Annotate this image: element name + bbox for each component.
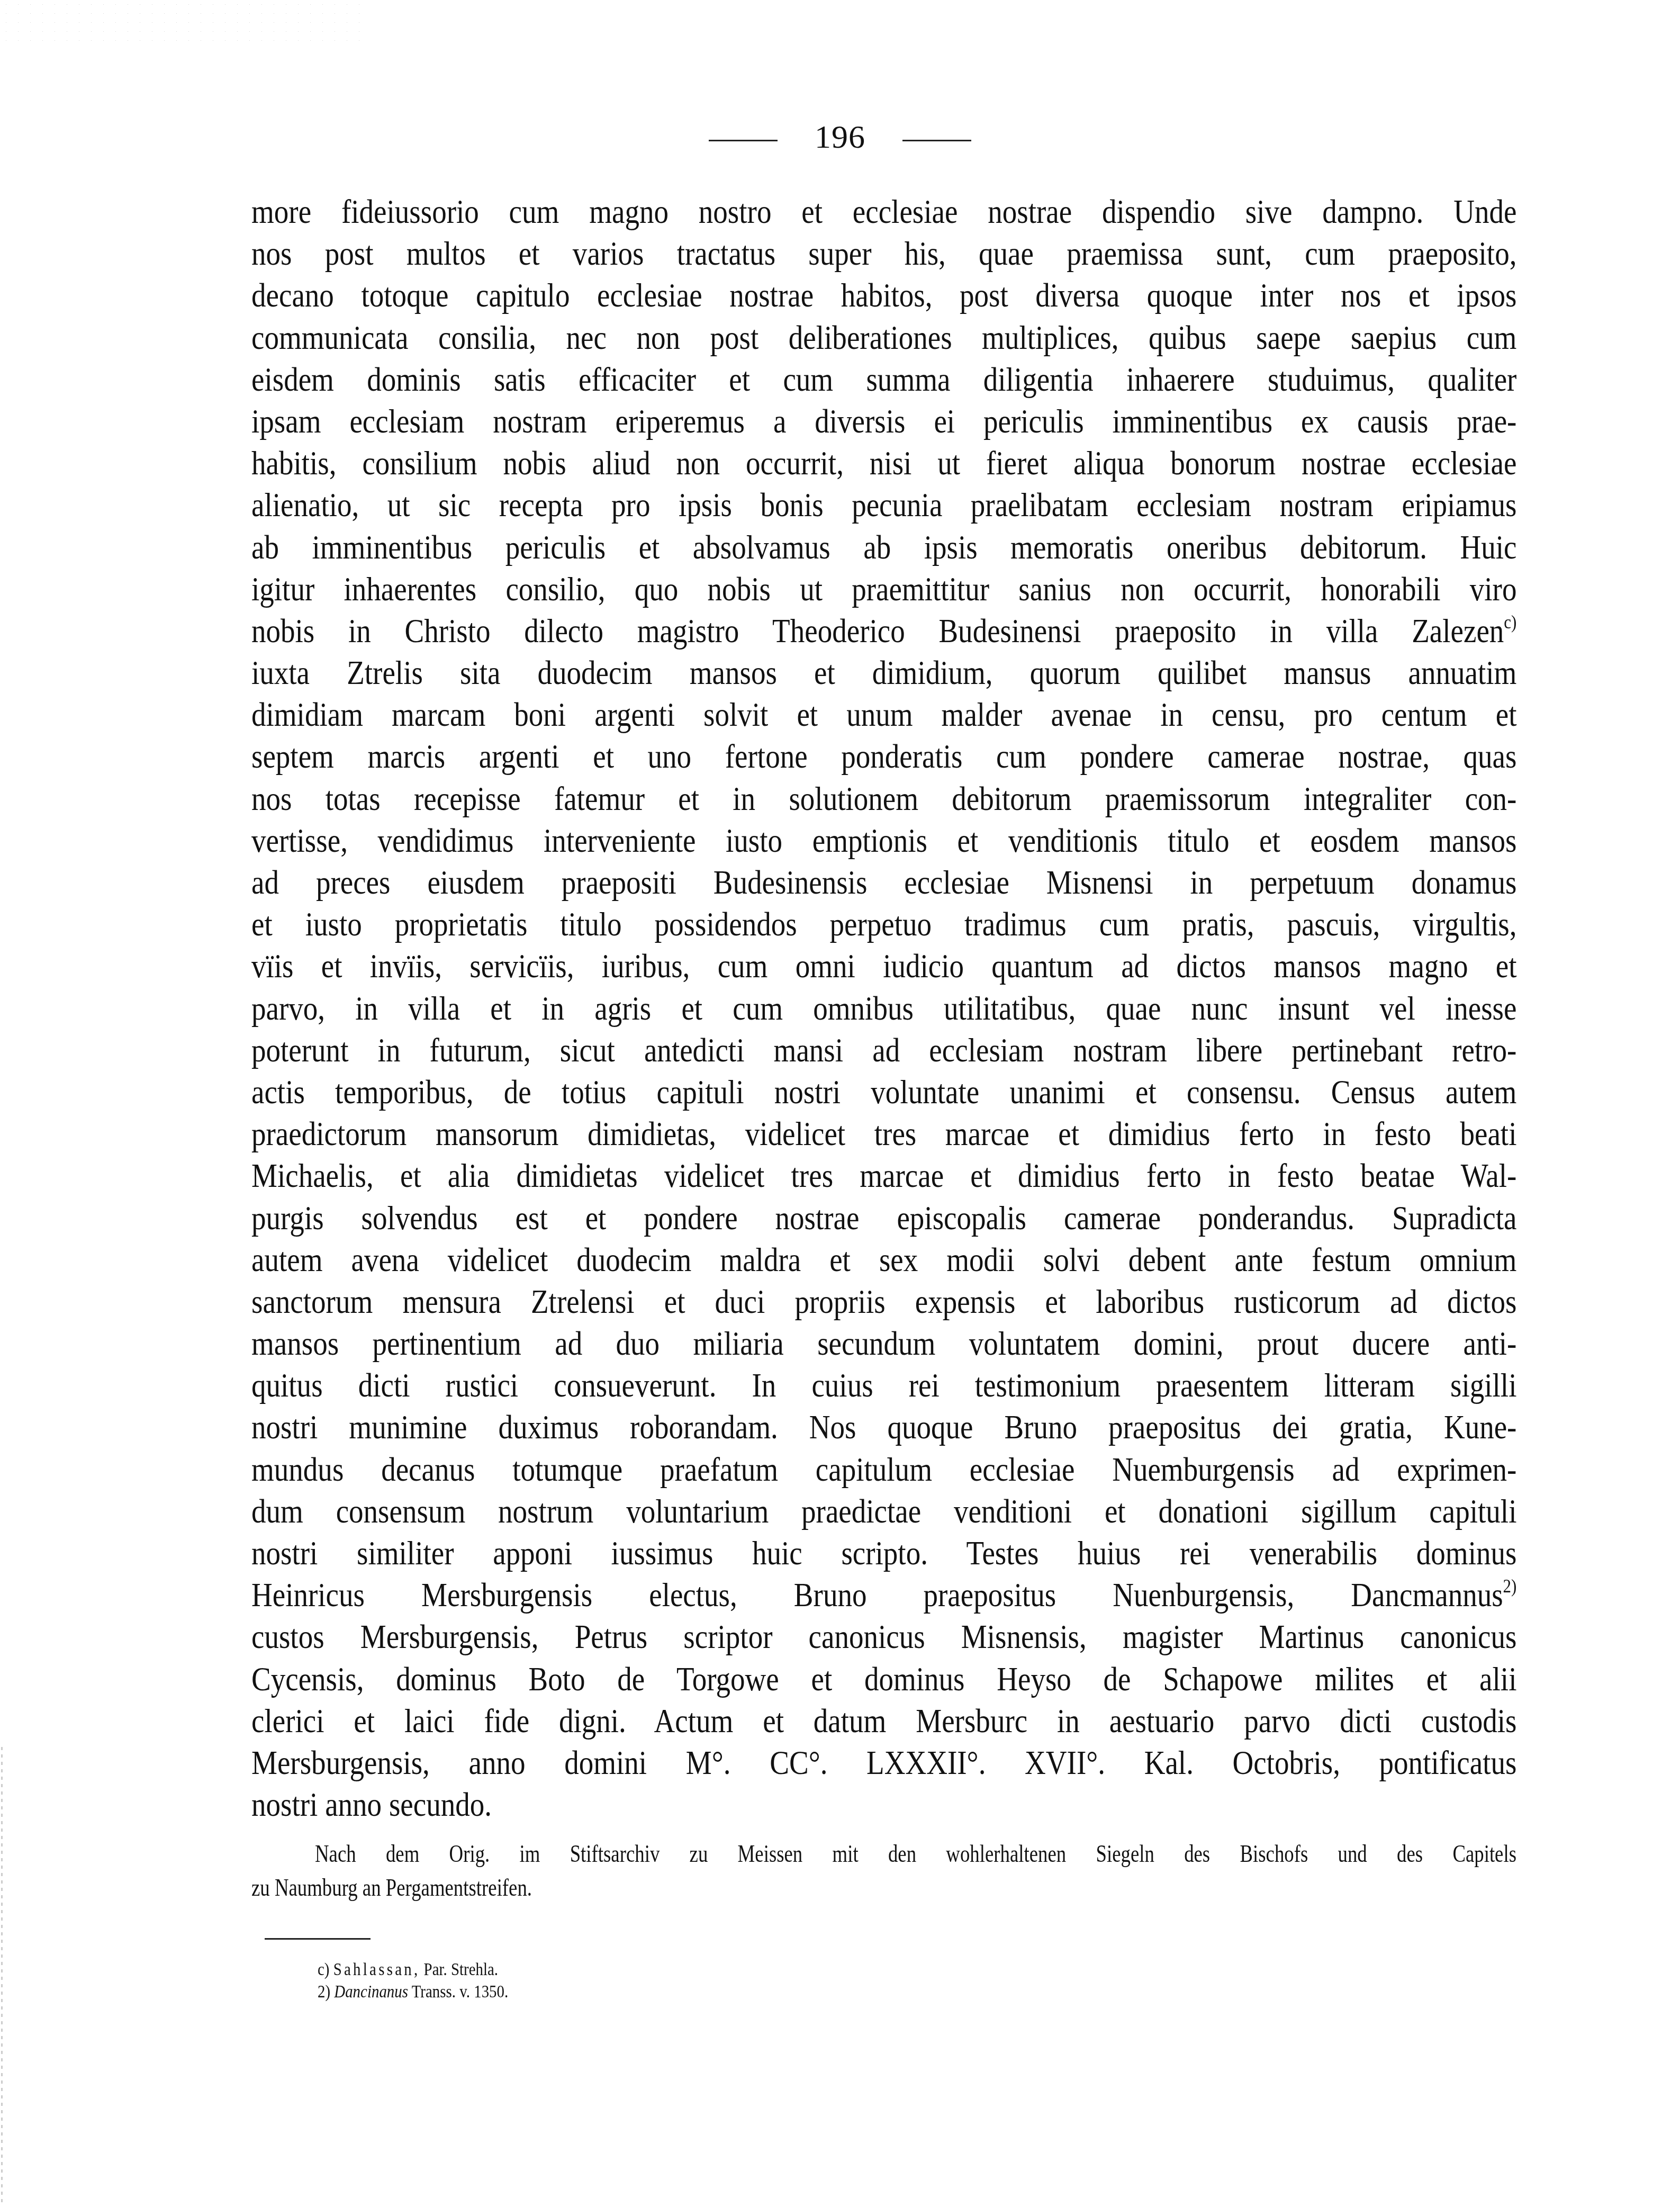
page-number: 196: [815, 121, 865, 154]
text-line: vertisse, vendidimus interveniente iusto…: [251, 819, 1516, 861]
text-line: nostri munimine duximus roborandam. Nos …: [251, 1406, 1516, 1448]
text-line: communicata consilia, nec non post delib…: [251, 317, 1516, 358]
text-line: eisdem dominis satis efficaciter et cum …: [251, 358, 1516, 400]
text-line-with-footnote: nobis in Christo dilecto magistro Theode…: [251, 610, 1516, 652]
text-line: et iusto proprietatis titulo possidendos…: [251, 903, 1516, 945]
text-line: actis temporibus, de totius capituli nos…: [251, 1071, 1516, 1113]
footnote-marker: 2): [318, 1982, 330, 2002]
text-line: alienatio, ut sic recepta pro ipsis boni…: [251, 484, 1516, 526]
text-line: mansos pertinentium ad duo miliaria secu…: [251, 1322, 1516, 1364]
text-line: ad preces eiusdem praepositi Budesinensi…: [251, 861, 1516, 903]
footnote-marker: c): [318, 1960, 329, 1979]
text-line: nos post multos et varios tractatus supe…: [251, 232, 1516, 274]
footnote-separator: [265, 1938, 371, 1940]
scan-edge-artifact: [1, 1747, 3, 2202]
text-line: vïis et invïis, servicïis, iuribus, cum …: [251, 945, 1516, 987]
charter-text: more fideiussorio cum magno nostro et ec…: [251, 191, 1516, 1825]
footnote-2: 2) Dancinanus Transs. v. 1350.: [318, 1981, 508, 2003]
text-line: more fideiussorio cum magno nostro et ec…: [251, 191, 1516, 232]
text-line: habitis, consilium nobis aliud non occur…: [251, 442, 1516, 484]
scan-noise-artifact: [0, 0, 371, 48]
header-rule-left: [709, 140, 778, 141]
text-line: purgis solvendus est et pondere nostrae …: [251, 1197, 1516, 1239]
text-line: decano totoque capitulo ecclesiae nostra…: [251, 274, 1516, 316]
footnote-text: Par. Strehla.: [420, 1960, 498, 1979]
text-line: dum consensum nostrum voluntarium praedi…: [251, 1490, 1516, 1532]
footnote-text: Transs. v. 1350.: [408, 1982, 508, 2002]
text-line: nos totas recepisse fatemur et in soluti…: [251, 778, 1516, 819]
text-line: sanctorum mensura Ztrelensi et duci prop…: [251, 1281, 1516, 1322]
source-note: Nach dem Orig. im Stiftsarchiv zu Meisse…: [251, 1837, 1516, 1905]
text-line: iuxta Ztrelis sita duodecim mansos et di…: [251, 652, 1516, 693]
text-line: septem marcis argenti et uno fertone pon…: [251, 735, 1516, 777]
text-line: poterunt in futurum, sicut antedicti man…: [251, 1029, 1516, 1071]
text-line: igitur inhaerentes consilio, quo nobis u…: [251, 568, 1516, 610]
footnote-ref-2[interactable]: 2): [1503, 1575, 1517, 1597]
text-line: parvo, in villa et in agris et cum omnib…: [251, 987, 1516, 1029]
page-header: 196: [0, 121, 1680, 154]
text-line-content: Heinricus Mersburgensis electus, Bruno p…: [251, 1576, 1503, 1614]
text-line-final: nostri anno secundo.: [251, 1783, 1516, 1825]
text-line: Michaelis, et alia dimidietas videlicet …: [251, 1155, 1516, 1196]
footnote-place-name: Sahlassan,: [333, 1960, 420, 1979]
footnote-variant-reading: Dancinanus: [334, 1982, 408, 2002]
text-line-with-footnote: Heinricus Mersburgensis electus, Bruno p…: [251, 1574, 1516, 1616]
text-line: dimidiam marcam boni argenti solvit et u…: [251, 693, 1516, 735]
footnotes: c) Sahlassan, Par. Strehla. 2) Dancinanu…: [318, 1959, 542, 2003]
text-line-content: nobis in Christo dilecto magistro Theode…: [251, 612, 1504, 650]
text-line: ipsam ecclesiam nostram eriperemus a div…: [251, 400, 1516, 442]
text-line: mundus decanus totumque praefatum capitu…: [251, 1448, 1516, 1490]
source-note-line: Nach dem Orig. im Stiftsarchiv zu Meisse…: [251, 1837, 1516, 1871]
text-line: custos Mersburgensis, Petrus scriptor ca…: [251, 1616, 1516, 1657]
text-line: autem avena videlicet duodecim maldra et…: [251, 1239, 1516, 1281]
header-rule-right: [902, 140, 971, 141]
footnote-c: c) Sahlassan, Par. Strehla.: [318, 1959, 508, 1981]
text-line: quitus dicti rustici consueverunt. In cu…: [251, 1364, 1516, 1406]
source-note-line: zu Naumburg an Pergamentstreifen.: [251, 1871, 1516, 1905]
text-line: nostri similiter apponi iussimus huic sc…: [251, 1532, 1516, 1574]
text-line: ab imminentibus periculis et absolvamus …: [251, 526, 1516, 568]
text-line: Cycensis, dominus Boto de Torgowe et dom…: [251, 1658, 1516, 1700]
text-line: Mersburgensis, anno domini M°. CC°. LXXX…: [251, 1742, 1516, 1783]
footnote-ref-c[interactable]: c): [1504, 611, 1516, 633]
text-line: praedictorum mansorum dimidietas, videli…: [251, 1113, 1516, 1155]
text-line: clerici et laici fide digni. Actum et da…: [251, 1700, 1516, 1742]
